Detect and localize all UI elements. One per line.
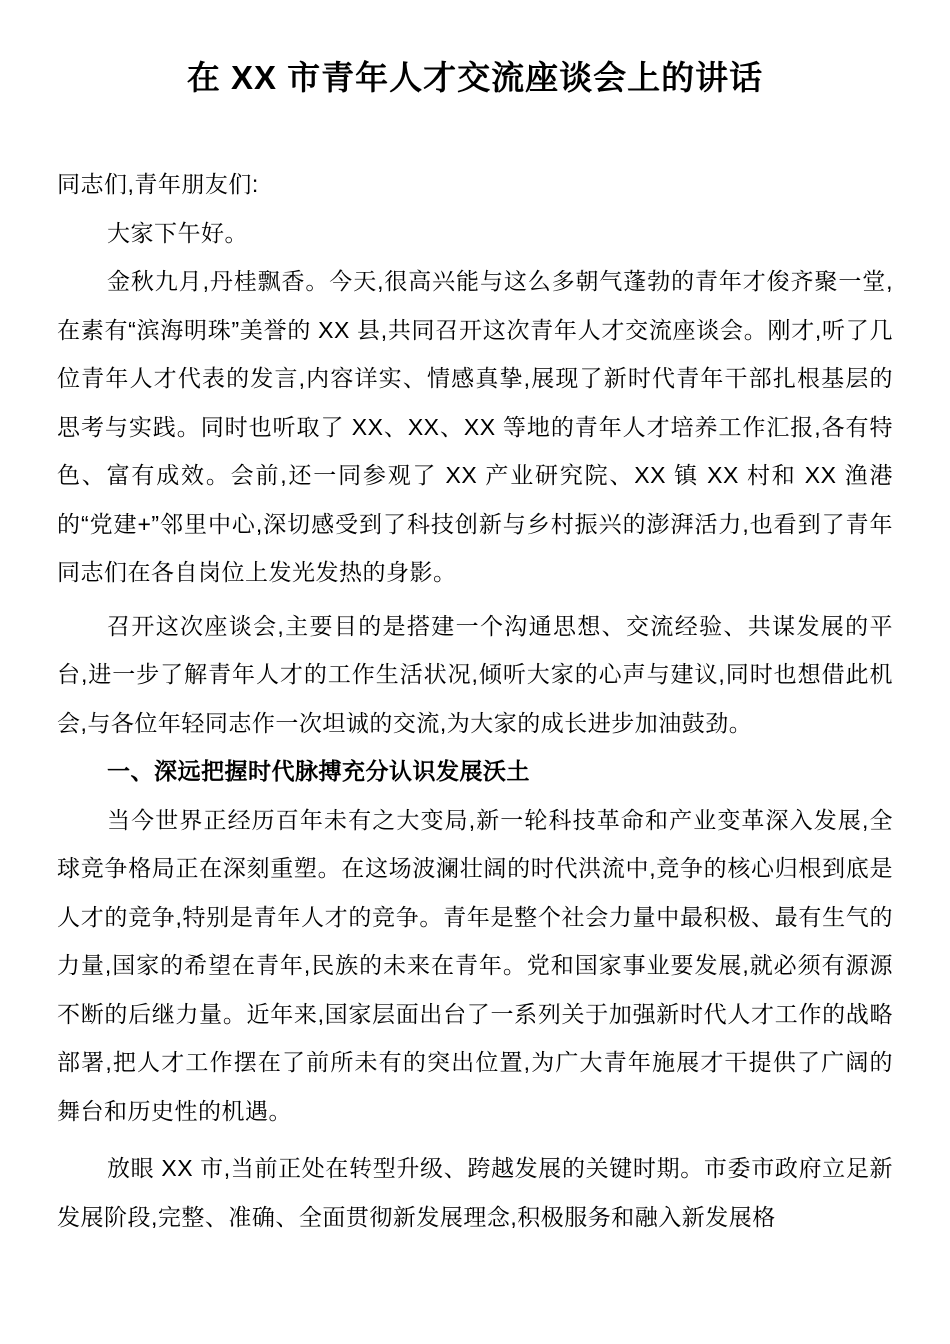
section-heading-1: 一、深远把握时代脉搏充分认识发展沃土 [57, 747, 893, 796]
salutation-line: 同志们,青年朋友们: [57, 160, 893, 209]
paragraph-opening: 金秋九月,丹桂飘香。今天,很高兴能与这么多朝气蓬勃的青年才俊齐聚一堂,在素有“滨… [57, 257, 893, 597]
paragraph-city-outlook: 放眼 XX 市,当前正处在转型升级、跨越发展的关键时期。市委市政府立足新发展阶段… [57, 1144, 893, 1241]
paragraph-greeting: 大家下午好。 [57, 209, 893, 258]
document-body: 同志们,青年朋友们: 大家下午好。 金秋九月,丹桂飘香。今天,很高兴能与这么多朝… [57, 160, 893, 1241]
document-page: 在 XX 市青年人才交流座谈会上的讲话 同志们,青年朋友们: 大家下午好。 金秋… [0, 0, 950, 1344]
document-title: 在 XX 市青年人才交流座谈会上的讲话 [57, 56, 893, 99]
paragraph-meeting-purpose: 召开这次座谈会,主要目的是搭建一个沟通思想、交流经验、共谋发展的平台,进一步了解… [57, 602, 893, 748]
paragraph-era-context: 当今世界正经历百年未有之大变局,新一轮科技革命和产业变革深入发展,全球竞争格局正… [57, 796, 893, 1136]
